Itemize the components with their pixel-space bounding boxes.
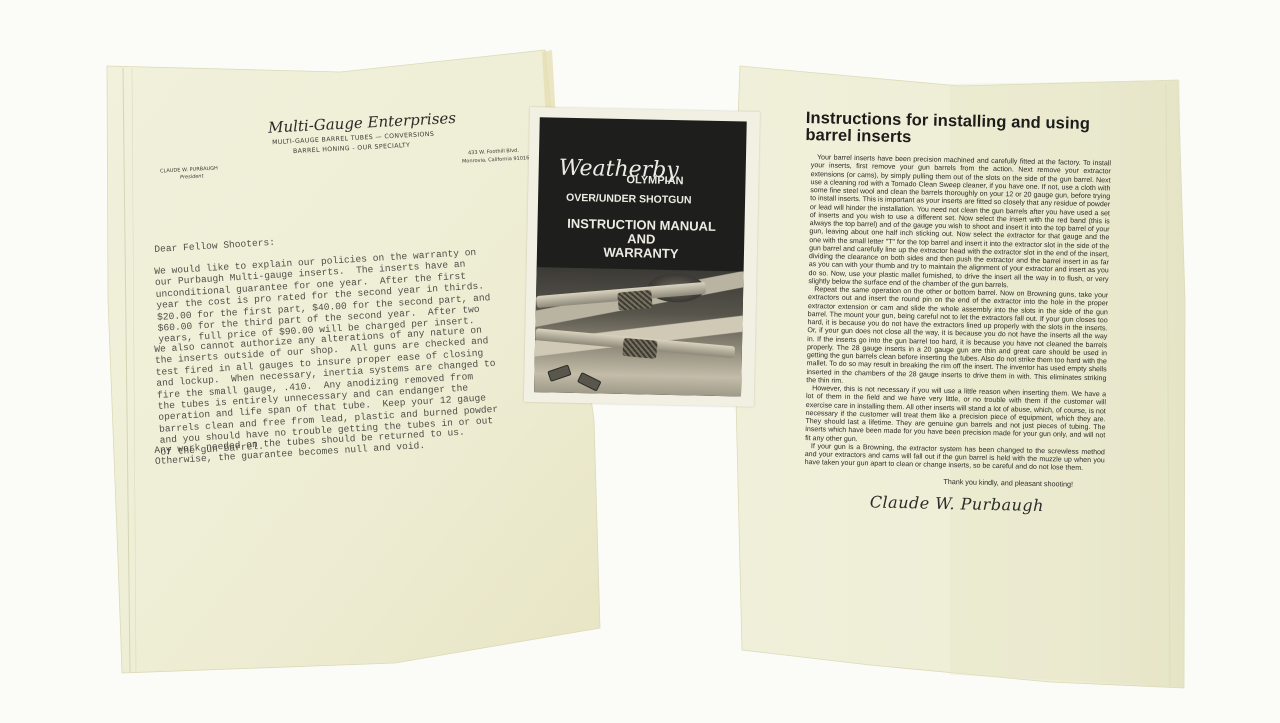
booklet-cover: Weatherby OLYMPIAN OVER/UNDER SHOTGUN IN…: [534, 117, 747, 396]
booklet-title-line-3: WARRANTY: [551, 244, 731, 262]
instructions-paragraph: Repeat the same operation on the other o…: [806, 286, 1108, 391]
booklet-shotgun-photo: [534, 267, 744, 396]
instructions-closing: Thank you kindly, and pleasant shooting!: [798, 473, 1108, 488]
booklet-title: INSTRUCTION MANUAL AND WARRANTY: [551, 216, 732, 262]
instructions-sheet: Instructions for installing and using ba…: [798, 110, 1116, 516]
shotgun-receiver-lower: [622, 338, 657, 359]
shotgun-receiver-upper: [617, 290, 652, 311]
weatherby-manual-booklet: Weatherby OLYMPIAN OVER/UNDER SHOTGUN IN…: [524, 107, 760, 407]
instructions-body: Your barrel inserts have been precision …: [799, 154, 1111, 474]
instructions-title: Instructions for installing and using ba…: [805, 110, 1116, 150]
shotgun-shell-icon: [547, 364, 571, 382]
booklet-model: OLYMPIAN: [626, 174, 683, 187]
booklet-gun-type: OVER/UNDER SHOTGUN: [566, 192, 692, 207]
letterhead-person-title: President: [180, 173, 204, 180]
instructions-paragraph: If your gun is a Browning, the extractor…: [805, 443, 1105, 474]
instructions-paragraph: However, this is not necessary if you wi…: [805, 385, 1106, 449]
shotgun-shell-icon: [577, 372, 602, 392]
instructions-paragraph: Your barrel inserts have been precision …: [808, 154, 1111, 292]
